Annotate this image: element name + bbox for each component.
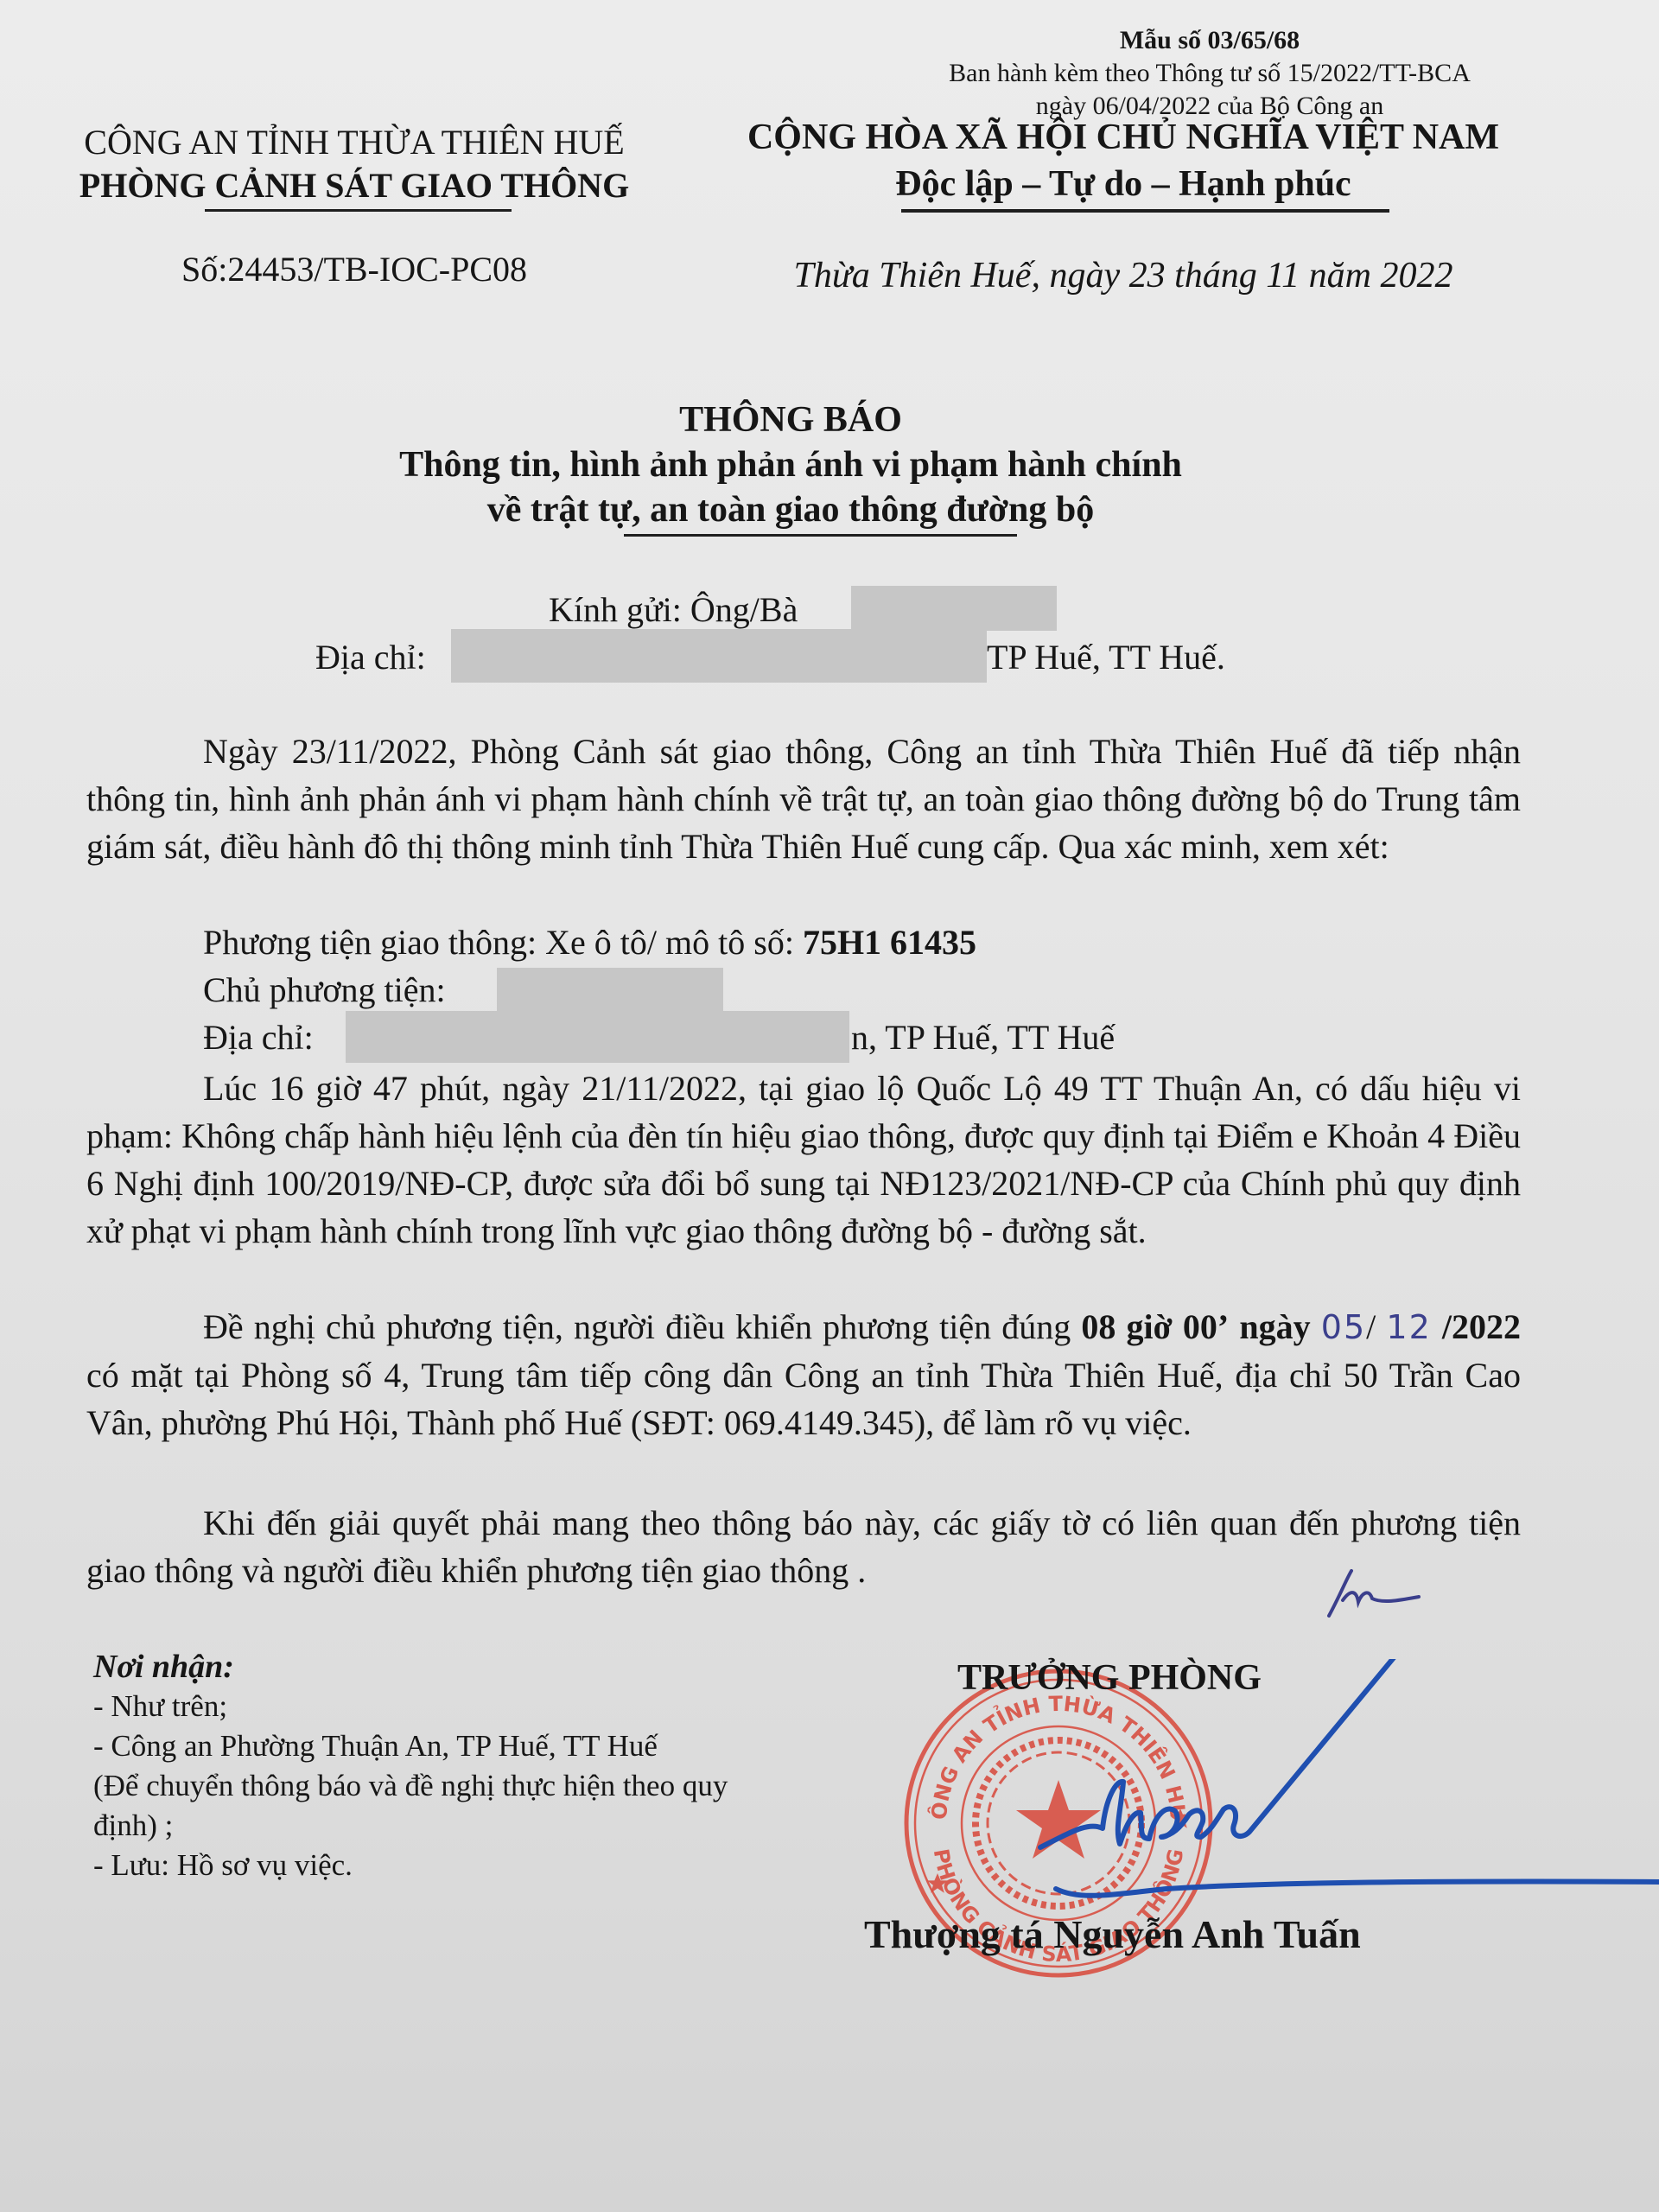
date-slash: / [1366,1307,1376,1346]
document-number: Số:24453/TB-IOC-PC08 [35,249,674,289]
appointment-time: 08 giờ 00’ [1081,1307,1229,1346]
appointment-date-label: ngày [1239,1307,1310,1346]
recipients-item: - Như trên; [93,1687,767,1726]
recipient-salutation: Kính gửi: Ông/Bà [549,589,798,631]
owner-label: Chủ phương tiện: [203,966,446,1014]
appointment-year: /2022 [1442,1307,1521,1346]
motto-underline [901,209,1389,213]
title-subtitle-1: Thông tin, hình ảnh phản ánh vi phạm hàn… [259,442,1322,487]
handwritten-day: 05 [1321,1308,1366,1346]
recipients-item: - Công an Phường Thuận An, TP Huế, TT Hu… [93,1726,767,1766]
title-main: THÔNG BÁO [259,397,1322,442]
recipients-list: Nơi nhận: - Như trên; - Công an Phường T… [93,1647,767,1885]
body-paragraph-4: Khi đến giải quyết phải mang theo thông … [86,1499,1521,1594]
issuer-header: CÔNG AN TỈNH THỪA THIÊN HUẾ PHÒNG CẢNH S… [35,121,674,212]
national-motto: Độc lập – Tự do – Hạnh phúc [691,161,1555,207]
issuer-department: PHÒNG CẢNH SÁT GIAO THÔNG [35,164,674,207]
initial-mark-icon [1322,1562,1426,1623]
recipients-item: (Để chuyển thông báo và đề nghị thực hiệ… [93,1766,767,1846]
redaction-box [346,1011,849,1063]
issuer-agency: CÔNG AN TỈNH THỪA THIÊN HUẾ [35,121,674,164]
recipients-heading: Nơi nhận: [93,1647,767,1687]
handwritten-month: 12 [1386,1308,1431,1346]
recipient-address-label: Địa chỉ: [315,637,426,678]
recipient-address-suffix: TP Huế, TT Huế. [987,637,1225,678]
title-subtitle-2: về trật tự, an toàn giao thông đường bộ [259,487,1322,532]
signer-name: Thượng tá Nguyễn Anh Tuấn [864,1911,1361,1957]
signer-title: TRƯỞNG PHÒNG [957,1657,1262,1699]
owner-address-suffix: n, TP Huế, TT Huế [851,1014,1115,1061]
redaction-box [497,968,723,1015]
recipients-item: - Lưu: Hồ sơ vụ việc. [93,1846,767,1885]
owner-address-label: Địa chỉ: [203,1014,314,1061]
national-header: CỘNG HÒA XÃ HỘI CHỦ NGHĨA VIỆT NAM Độc l… [691,114,1555,213]
body-paragraph-1: Ngày 23/11/2022, Phòng Cảnh sát giao thô… [86,728,1521,870]
body-paragraph-2: Lúc 16 giờ 47 phút, ngày 21/11/2022, tại… [86,1065,1521,1255]
body-paragraph-3: Đề nghị chủ phương tiện, người điều khiể… [86,1303,1521,1446]
place-date: Thừa Thiên Huế, ngày 23 tháng 11 năm 202… [691,255,1555,296]
vehicle-label: Phương tiện giao thông: Xe ô tô/ mô tô s… [203,923,794,962]
appointment-details: có mặt tại Phòng số 4, Trung tâm tiếp cô… [86,1356,1521,1442]
form-code: Mẫu số 03/65/68 [890,24,1529,57]
form-issuance-line: Ban hành kèm theo Thông tư số 15/2022/TT… [890,57,1529,90]
issuer-underline [205,209,512,212]
country-name: CỘNG HÒA XÃ HỘI CHỦ NGHĨA VIỆT NAM [691,114,1555,161]
redaction-box [451,629,987,683]
form-reference: Mẫu số 03/65/68 Ban hành kèm theo Thông … [890,24,1529,123]
vehicle-plate: 75H1 61435 [803,923,976,962]
vehicle-line: Phương tiện giao thông: Xe ô tô/ mô tô s… [203,918,976,966]
title-underline [624,534,1017,537]
redaction-box [851,586,1057,631]
document-title: THÔNG BÁO Thông tin, hình ảnh phản ánh v… [259,397,1322,537]
appointment-intro: Đề nghị chủ phương tiện, người điều khiể… [203,1307,1071,1346]
